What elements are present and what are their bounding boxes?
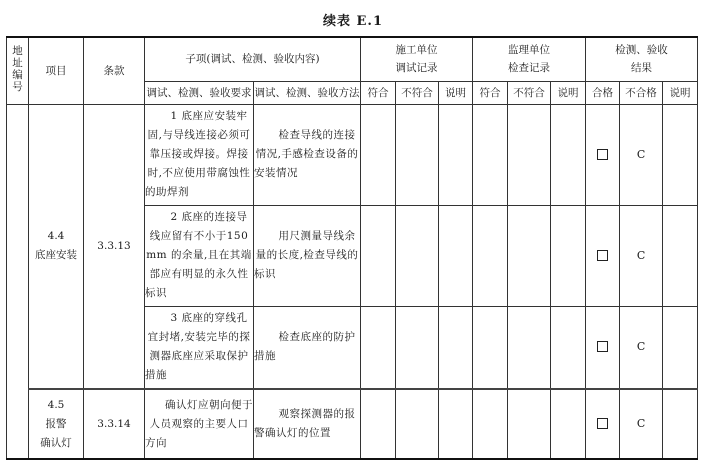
result-qualified-cell[interactable] bbox=[586, 389, 620, 459]
construction-note-cell[interactable] bbox=[439, 389, 473, 459]
qualified-checkbox[interactable] bbox=[597, 341, 608, 352]
header-construction-record: 施工单位 调试记录 bbox=[361, 37, 473, 81]
table-title: 续表 E.1 bbox=[0, 10, 706, 29]
unqualified-mark: C bbox=[637, 340, 645, 353]
header-result-line2: 结果 bbox=[586, 59, 697, 77]
method-cell: 检查导线的连接情况,手感检查设备的安装情况 bbox=[254, 104, 361, 205]
supervision-not-comply-cell[interactable] bbox=[508, 306, 551, 389]
method-cell: 用尺测量导线余量的长度,检查导线的标识 bbox=[254, 205, 361, 306]
supervision-note-cell[interactable] bbox=[551, 389, 586, 459]
supervision-not-comply-cell[interactable] bbox=[508, 205, 551, 306]
header-result-line1: 检测、验收 bbox=[586, 41, 697, 59]
method-cell: 观察探测器的报警确认灯的位置 bbox=[254, 389, 361, 459]
result-note-cell[interactable] bbox=[663, 389, 698, 459]
header-requirement: 调试、检测、验收要求 bbox=[145, 81, 254, 104]
unqualified-mark: C bbox=[637, 249, 645, 262]
item-name-line2: 确认灯 bbox=[29, 434, 83, 453]
result-unqualified-cell[interactable]: C bbox=[620, 306, 663, 389]
header-construction-note: 说明 bbox=[439, 81, 473, 104]
construction-note-cell[interactable] bbox=[439, 306, 473, 389]
unqualified-mark: C bbox=[637, 417, 645, 430]
header-result-note: 说明 bbox=[663, 81, 698, 104]
table-row: 4.4 底座安装 3.3.13 1 底座应安装牢固,与导线连接必须可靠压接或焊接… bbox=[7, 104, 698, 205]
header-address-no: 地址编号 bbox=[7, 37, 29, 104]
header-supervision-not-comply: 不符合 bbox=[508, 81, 551, 104]
requirement-cell: 1 底座应安装牢固,与导线连接必须可靠压接或焊接。焊接时,不应使用带腐蚀性的助焊… bbox=[145, 104, 254, 205]
result-unqualified-cell[interactable]: C bbox=[620, 205, 663, 306]
supervision-comply-cell[interactable] bbox=[473, 104, 508, 205]
construction-comply-cell[interactable] bbox=[361, 389, 396, 459]
result-qualified-cell[interactable] bbox=[586, 205, 620, 306]
unqualified-mark: C bbox=[637, 148, 645, 161]
requirement-cell: 2 底座的连接导线应留有不小于150mm 的余量,且在其端部应有明显的永久性标识 bbox=[145, 205, 254, 306]
clause-cell: 3.3.13 bbox=[84, 104, 145, 389]
item-name: 底座安装 bbox=[29, 246, 83, 265]
supervision-not-comply-cell[interactable] bbox=[508, 389, 551, 459]
address-no-cell bbox=[7, 104, 29, 459]
result-qualified-cell[interactable] bbox=[586, 104, 620, 205]
clause-cell: 3.3.14 bbox=[84, 389, 145, 459]
construction-note-cell[interactable] bbox=[439, 205, 473, 306]
supervision-not-comply-cell[interactable] bbox=[508, 104, 551, 205]
header-sub-item: 子项(调试、检测、验收内容) bbox=[145, 37, 361, 81]
construction-comply-cell[interactable] bbox=[361, 205, 396, 306]
item-number: 4.4 bbox=[29, 227, 83, 246]
header-supervision-comply: 符合 bbox=[473, 81, 508, 104]
qualified-checkbox[interactable] bbox=[597, 149, 608, 160]
supervision-note-cell[interactable] bbox=[551, 104, 586, 205]
construction-not-comply-cell[interactable] bbox=[396, 104, 439, 205]
supervision-comply-cell[interactable] bbox=[473, 205, 508, 306]
method-cell: 检查底座的防护措施 bbox=[254, 306, 361, 389]
supervision-comply-cell[interactable] bbox=[473, 389, 508, 459]
construction-comply-cell[interactable] bbox=[361, 104, 396, 205]
header-result: 检测、验收 结果 bbox=[586, 37, 698, 81]
item-number: 4.5 bbox=[29, 396, 83, 415]
header-supervision-note: 说明 bbox=[551, 81, 586, 104]
result-qualified-cell[interactable] bbox=[586, 306, 620, 389]
supervision-comply-cell[interactable] bbox=[473, 306, 508, 389]
result-unqualified-cell[interactable]: C bbox=[620, 104, 663, 205]
header-supervision-line1: 监理单位 bbox=[473, 41, 585, 59]
header-construction-not-comply: 不符合 bbox=[396, 81, 439, 104]
header-result-qualified: 合格 bbox=[586, 81, 620, 104]
construction-comply-cell[interactable] bbox=[361, 306, 396, 389]
header-clause: 条款 bbox=[84, 37, 145, 104]
result-note-cell[interactable] bbox=[663, 306, 698, 389]
qualified-checkbox[interactable] bbox=[597, 250, 608, 261]
header-construction-line1: 施工单位 bbox=[361, 41, 472, 59]
supervision-note-cell[interactable] bbox=[551, 306, 586, 389]
construction-not-comply-cell[interactable] bbox=[396, 205, 439, 306]
acceptance-table: 地址编号 项目 条款 子项(调试、检测、验收内容) 施工单位 调试记录 监理单位… bbox=[6, 36, 698, 460]
requirement-cell: 3 底座的穿线孔宜封堵,安装完毕的探测器底座应采取保护措施 bbox=[145, 306, 254, 389]
item-name-line1: 报警 bbox=[29, 415, 83, 434]
header-result-unqualified: 不合格 bbox=[620, 81, 663, 104]
qualified-checkbox[interactable] bbox=[597, 418, 608, 429]
requirement-cell: 确认灯应朝向便于人员观察的主要人口方向 bbox=[145, 389, 254, 459]
header-method: 调试、检测、验收方法 bbox=[254, 81, 361, 104]
table-row: 4.5 报警 确认灯 3.3.14 确认灯应朝向便于人员观察的主要人口方向 观察… bbox=[7, 389, 698, 459]
construction-note-cell[interactable] bbox=[439, 104, 473, 205]
header-construction-line2: 调试记录 bbox=[361, 59, 472, 77]
result-note-cell[interactable] bbox=[663, 205, 698, 306]
item-cell: 4.5 报警 确认灯 bbox=[29, 389, 84, 459]
result-unqualified-cell[interactable]: C bbox=[620, 389, 663, 459]
header-construction-comply: 符合 bbox=[361, 81, 396, 104]
item-cell: 4.4 底座安装 bbox=[29, 104, 84, 389]
supervision-note-cell[interactable] bbox=[551, 205, 586, 306]
result-note-cell[interactable] bbox=[663, 104, 698, 205]
header-supervision-record: 监理单位 检查记录 bbox=[473, 37, 586, 81]
construction-not-comply-cell[interactable] bbox=[396, 306, 439, 389]
construction-not-comply-cell[interactable] bbox=[396, 389, 439, 459]
header-supervision-line2: 检查记录 bbox=[473, 59, 585, 77]
header-item: 项目 bbox=[29, 37, 84, 104]
